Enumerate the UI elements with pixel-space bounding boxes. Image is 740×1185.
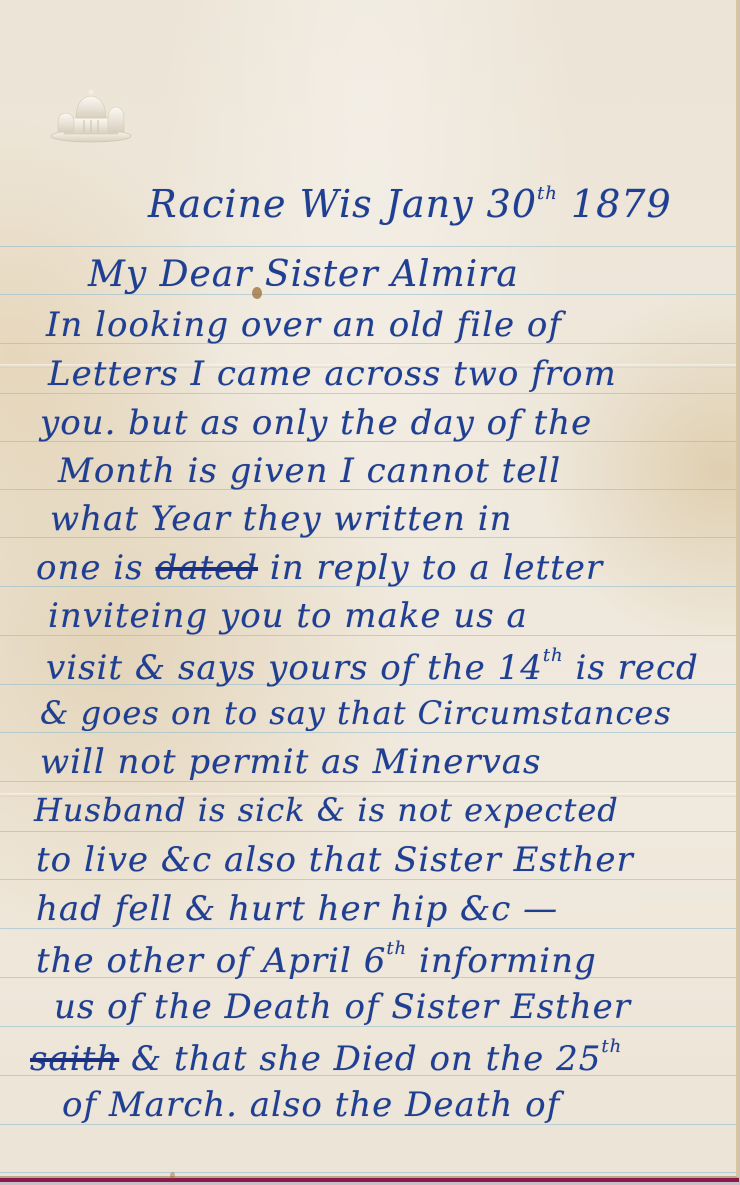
ordinal-suffix: th (543, 645, 564, 666)
ink-stain (170, 1172, 175, 1179)
ruled-line (0, 732, 736, 733)
line-segment: the other of April 6 (36, 941, 386, 981)
letter-line: & goes on to say that Circumstances (40, 694, 672, 732)
ruled-line (0, 1172, 736, 1173)
letter-line: the other of April 6th informing (36, 938, 597, 981)
line-segment: visit & says yours of the 14 (46, 648, 543, 688)
letter-line: Letters I came across two from (48, 354, 617, 394)
line-segment: informing (419, 941, 597, 981)
heading-date-suffix: th (537, 183, 558, 204)
ordinal-suffix: th (601, 1036, 622, 1057)
ruled-line (0, 831, 736, 832)
struck-word: saith (30, 1039, 119, 1079)
letter-line: you. but as only the day of the (40, 403, 592, 443)
letter-line: had fell & hurt her hip &c — (36, 889, 558, 929)
letter-line: will not permit as Minervas (40, 742, 542, 782)
letter-line: saith & that she Died on the 25th (30, 1036, 622, 1079)
letter-line: of March. also the Death of (62, 1085, 560, 1125)
ruled-line (0, 246, 736, 247)
line-segment: is recd (575, 648, 698, 688)
salutation: My Dear Sister Almira (88, 254, 519, 295)
heading-year: 1879 (571, 182, 672, 226)
letter-line: In looking over an old file of (46, 305, 562, 345)
letter-line: to live &c also that Sister Esther (36, 840, 634, 880)
heading-place: Racine Wis (148, 182, 373, 226)
ordinal-suffix: th (386, 938, 407, 959)
struck-word: dated (155, 548, 258, 588)
letter-line: inviteing you to make us a (48, 596, 528, 636)
letter-line: us of the Death of Sister Esther (54, 987, 631, 1027)
line-segment: one is (36, 548, 144, 588)
letter-page: Racine Wis Jany 30th 1879 My Dear Sister… (0, 0, 739, 1178)
letter-heading: Racine Wis Jany 30th 1879 (148, 182, 672, 226)
line-segment: in reply to a letter (270, 548, 603, 588)
letter-line: what Year they written in (50, 499, 513, 539)
letter-line: visit & says yours of the 14th is recd (46, 645, 699, 688)
letter-line: one is dated in reply to a letter (36, 548, 603, 588)
heading-date: Jany 30 (386, 182, 537, 226)
capitol-building-emboss-icon (48, 84, 134, 144)
line-segment: & that she Died on the 25 (131, 1039, 601, 1079)
letter-line: Month is given I cannot tell (58, 451, 561, 491)
letter-line: Husband is sick & is not expected (34, 791, 619, 829)
